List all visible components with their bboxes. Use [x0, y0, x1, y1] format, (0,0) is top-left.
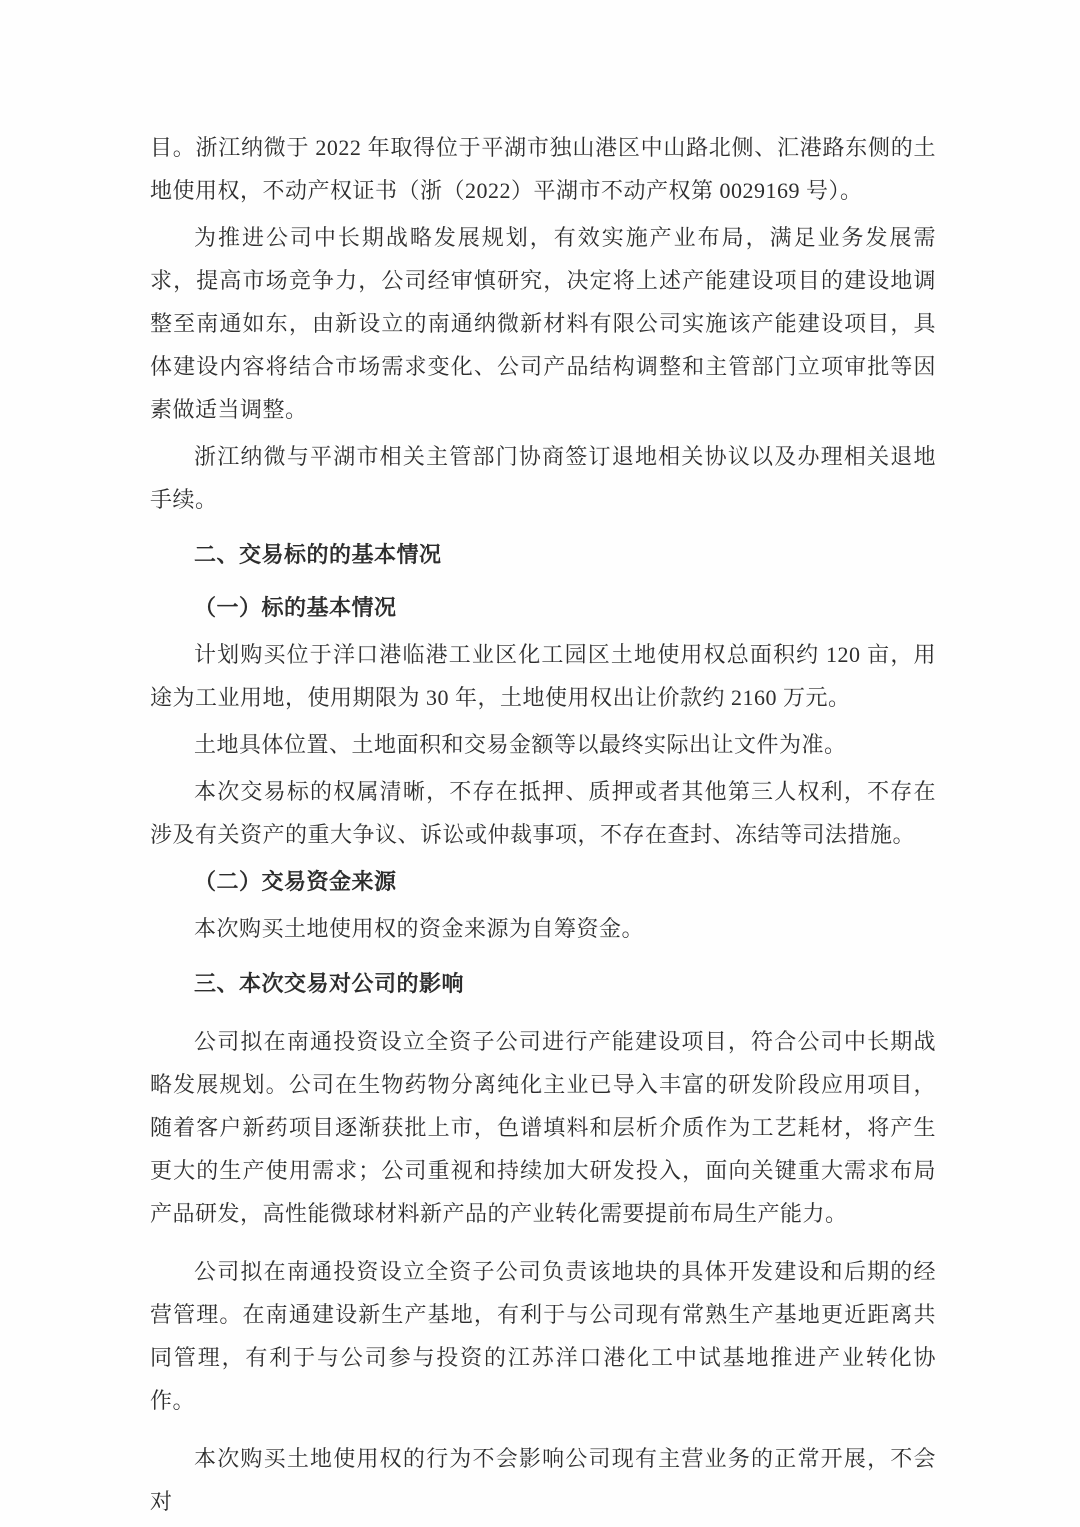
paragraph: 为推进公司中长期战略发展规划，有效实施产业布局，满足业务发展需求，提高市场竞争力… [150, 216, 936, 431]
paragraph: 计划购买位于洋口港临港工业区化工园区土地使用权总面积约 120 亩，用途为工业用… [150, 633, 936, 719]
document-body: 目。浙江纳微于 2022 年取得位于平湖市独山港区中山路北侧、汇港路东侧的土地使… [150, 126, 936, 1527]
section-heading: 三、本次交易对公司的影响 [150, 962, 936, 1005]
paragraph-continuation: 目。浙江纳微于 2022 年取得位于平湖市独山港区中山路北侧、汇港路东侧的土地使… [150, 126, 936, 212]
paragraph: 本次购买土地使用权的行为不会影响公司现有主营业务的正常开展，不会对 [150, 1437, 936, 1523]
paragraph: 土地具体位置、土地面积和交易金额等以最终实际出让文件为准。 [150, 723, 936, 766]
paragraph: 公司拟在南通投资设立全资子公司进行产能建设项目，符合公司中长期战略发展规划。公司… [150, 1020, 936, 1235]
subsection-heading: （一）标的基本情况 [150, 586, 936, 629]
section-heading: 二、交易标的的基本情况 [150, 533, 936, 576]
paragraph: 浙江纳微与平湖市相关主管部门协商签订退地相关协议以及办理相关退地手续。 [150, 435, 936, 521]
paragraph: 本次交易标的权属清晰，不存在抵押、质押或者其他第三人权利，不存在涉及有关资产的重… [150, 770, 936, 856]
subsection-heading: （二）交易资金来源 [150, 860, 936, 903]
paragraph: 本次购买土地使用权的资金来源为自筹资金。 [150, 907, 936, 950]
document-page: 目。浙江纳微于 2022 年取得位于平湖市独山港区中山路北侧、汇港路东侧的土地使… [0, 0, 1080, 1527]
paragraph: 公司拟在南通投资设立全资子公司负责该地块的具体开发建设和后期的经营管理。在南通建… [150, 1250, 936, 1422]
